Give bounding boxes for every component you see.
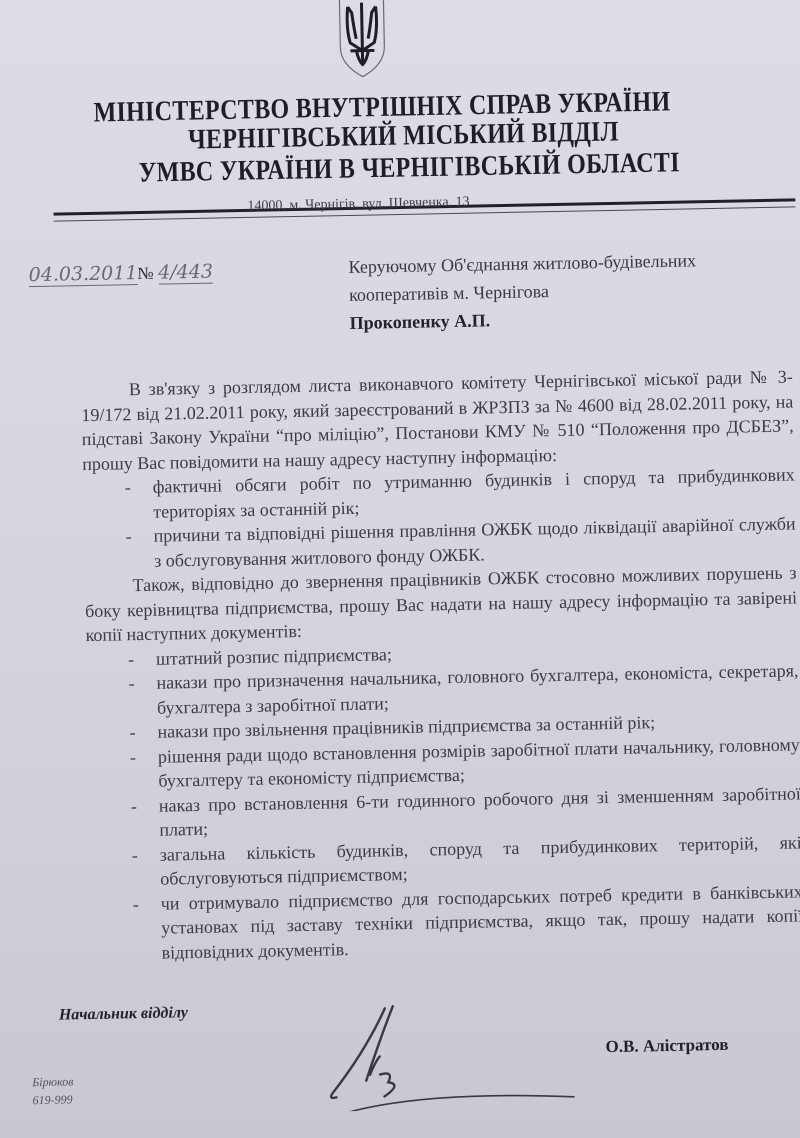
executor-phone: 619-999 [32,1090,74,1109]
executor-name: Бірюков [32,1072,74,1091]
document-request-list: -штатний розпис підприємства; -накази пр… [86,634,800,966]
registration-line: 04.03.2011№ 4/443 [28,261,213,287]
letter-body: В зв'язку з розглядом листа виконавчого … [81,364,800,966]
signatory-title: Начальник відділу [59,1004,188,1024]
handwritten-signature-icon [313,997,575,1112]
paragraph-documents: Також, відповідно до звернення працівник… [84,560,797,647]
executor-block: Бірюков 619-999 [32,1072,74,1109]
list-item: -чи отримувало підприємство для господар… [91,879,800,966]
trident-coat-of-arms-icon [335,0,389,79]
number-sign: № [137,264,154,283]
letter-page: МІНІСТЕРСТВО ВНУТРІШНІХ СПРАВ УКРАЇНИ ЧЕ… [0,0,800,1138]
registration-date: 04.03.2011 [28,262,137,287]
info-request-list: -фактичні обсяги робіт по утриманню буди… [83,462,797,574]
addressee-name: Прокопенку А.П. [349,302,697,337]
addressee-block: Керуючому Об'єднання житлово-будівельних… [348,246,697,337]
signatory-name: О.В. Алістратов [605,1035,728,1057]
office-address: 14000, м. Чернігів, вул. Шевченка, 13 [247,195,470,215]
paragraph-request: В зв'язку з розглядом листа виконавчого … [81,364,795,476]
registration-number: 4/443 [158,261,213,285]
